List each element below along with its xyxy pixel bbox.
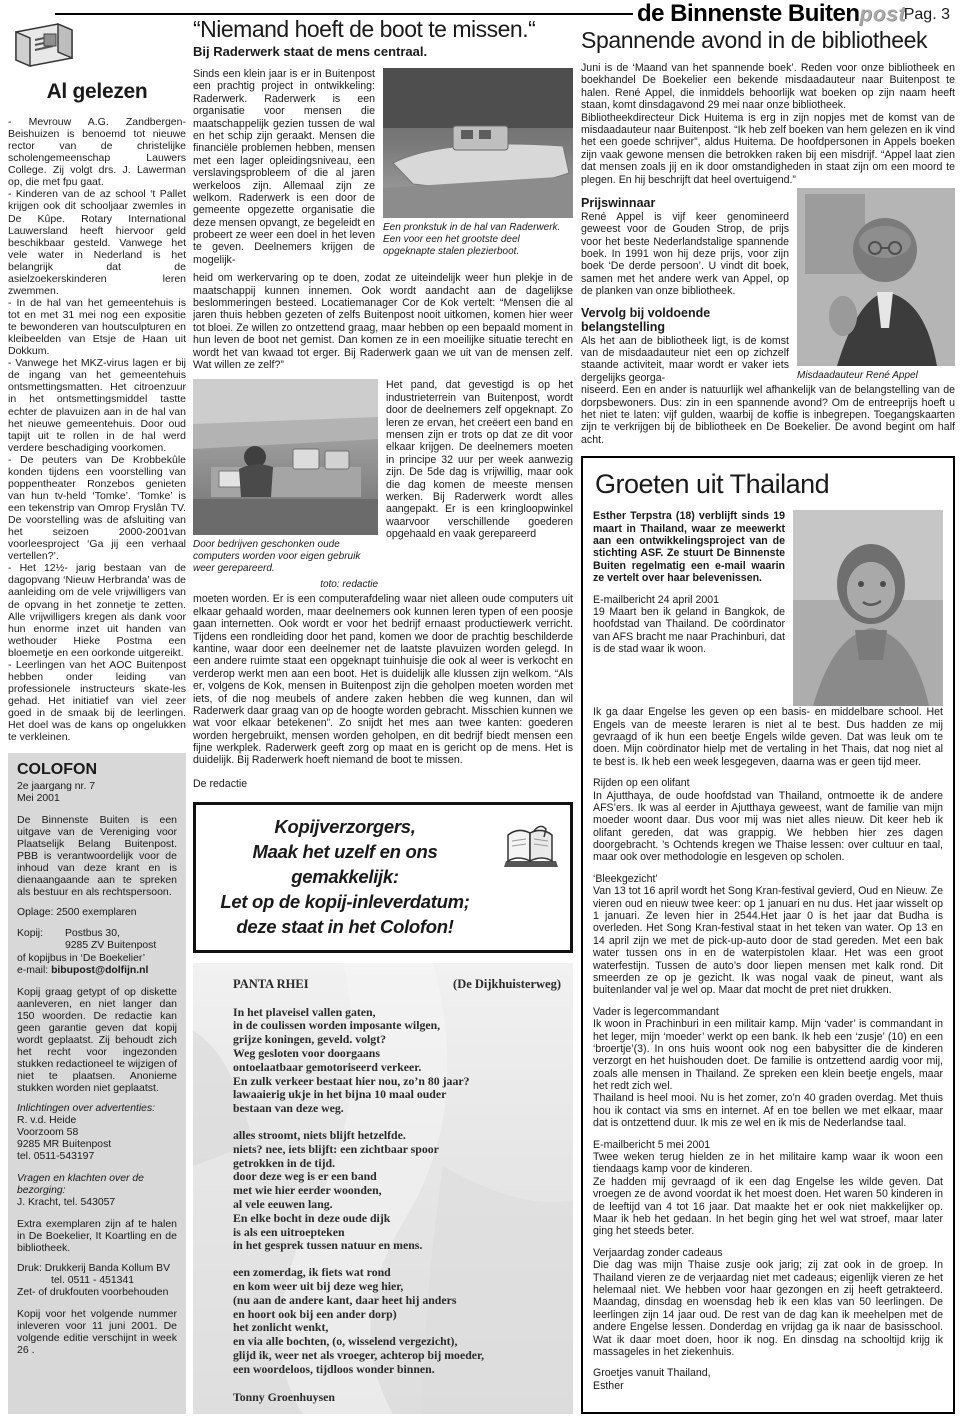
colofon-title: COLOFON [17,761,177,780]
computers-photo [193,379,378,535]
thailand-paragraph: Ze hadden mij gevraagd of ik een dag Eng… [593,1176,943,1238]
boat-figure: Een pronkstuk in de hal van Raderwerk. E… [383,68,573,266]
colofon-email-label: e-mail: [17,965,51,976]
kopij-box-line: deze staat in het Colofon! [200,915,562,940]
poem-line: In het plaveisel vallen gaten, [233,1006,561,1020]
poem-line: en hoort ook bij een ander dorp) [233,1308,561,1322]
thailand-mail-label: E-mailbericht 24 april 2001 [593,594,785,606]
book-icon [500,821,562,879]
thailand-paragraph: Ik ga daar Engelse les geven op een basi… [593,706,943,768]
poem-line: door deze weg is er een band [233,1170,561,1184]
thailand-signoff: Groetjes vanuit Thailand, [593,1367,943,1379]
middle-column: “Niemand hoeft de boot te missen.“ Bij R… [193,16,573,1414]
thailand-signoff: Esther [593,1380,943,1392]
colofon-adv-heading: Inlichtingen over advertenties: [17,1103,177,1115]
thailand-mail-label: E-mailbericht 5 mei 2001 [593,1139,943,1151]
page-number: Pag. 3 [904,6,950,24]
poem-author: Tonny Groenhuysen [233,1390,561,1405]
kopij-reminder-box: Kopijverzorgers, Maak het uzelf en ons g… [193,802,573,953]
colofon-bezorging-heading: Vragen en klachten over de bezorging: [17,1173,177,1197]
newspaper-page: de Binnenste Buitenpost Pag. 3 Al geleze… [0,0,960,1420]
colofon-kopij-address: Postbus 30, [65,928,120,940]
thailand-paragraph: 19 Maart ben ik geland in Bangkok, de ho… [593,606,785,656]
thailand-paragraph: Van 13 tot 16 april wordt het Song Kran-… [593,885,943,997]
colofon-adv-line: 9285 MR Buitenpost [17,1139,177,1151]
colofon-druk-line: Druk: Drukkerij Banda Kollum BV [17,1263,177,1275]
colofon-druk-line: Zet- of drukfouten voorbehouden [17,1287,177,1299]
poem-line: met wie hier eerder woonden, [233,1184,561,1198]
thailand-title: Groeten uit Thailand [595,469,943,500]
esther-photo [793,510,943,706]
bibliotheek-paragraph: Juni is de ‘Maand van het spannende boek… [581,62,955,112]
poem-line: lawaaierig ukje in het bijna 10 maal oud… [233,1088,561,1102]
esther-silhouette [793,510,943,706]
top-rule [55,13,633,15]
raderwerk-headline: “Niemand hoeft de boot te missen.“ [193,16,573,43]
boat-silhouette [383,68,573,218]
masthead: de Binnenste Buitenpost [637,0,906,28]
colofon-month: Mei 2001 [17,793,177,805]
poem-line: bestaan van deze weg. [233,1102,561,1116]
raderwerk-subhead: Bij Raderwerk staat de mens centraal. [193,44,573,59]
poem-line: al vele eeuwen lang. [233,1198,561,1212]
photo-credit: toto: redactie [193,579,378,591]
thailand-subhead: Vader is legercommandant [593,1006,943,1018]
poem-line: in het gesprek tussen natuur en mens. [233,1239,561,1253]
al-gelezen-item: - Vanwege het MKZ-virus lagen er bij de … [8,357,186,454]
bibliotheek-headline: Spannende avond in de bibliotheek [581,27,955,54]
bibliotheek-paragraph: niseerd. Een en ander is natuurlijk wel … [581,384,955,446]
prijswinnaar-subhead: Prijswinnaar [581,196,789,210]
rene-appel-caption: Misdaadauteur René Appel [797,370,955,382]
poem-line: een woordeloos, tijdloos wonder binnen. [233,1363,561,1377]
boat-photo [383,68,573,218]
colofon-paragraph: Kopij graag getypt of op diskette aanlev… [17,986,177,1095]
kopij-box-line: Let op de kopij-inleverdatum; [200,890,562,915]
al-gelezen-item: - Kinderen van de az school ‘t Pallet kr… [8,188,186,297]
thailand-box: Groeten uit Thailand Esther Terpstra (18… [581,456,955,1414]
poem-line: grijze koningen, geveld. volgt? [233,1033,561,1047]
colofon-kopij-label: Kopij: [17,928,65,940]
thailand-paragraph: Twee weken terug hielden ze in het milit… [593,1151,943,1176]
thailand-paragraph: Ik woon in Prachinburi in een militair k… [593,1018,943,1092]
thailand-subhead: ‘Bleekgezicht’ [593,873,943,885]
al-gelezen-item: - Mevrouw A.G. Zandbergen-Beishuizen is … [8,116,186,188]
poem-section: PANTA RHEI (De Dijkhuisterweg) In het pl… [193,963,573,1414]
computers-figure: Door bedrijven geschonken oude computers… [193,379,378,591]
raderwerk-paragraph: Sinds een klein jaar is er in Buitenpost… [193,68,375,266]
computers-caption: Door bedrijven geschonken oude computers… [193,539,378,575]
al-gelezen-item: - Leerlingen van het AOC Buitenpost hebb… [8,659,186,743]
vervolg-subhead: Vervolg bij voldoende belangstelling [581,306,789,334]
poem-line: getrokken in de tijd. [233,1157,561,1171]
poem-line: niets? nee, iets blijft: een zichtbaar s… [233,1143,561,1157]
raderwerk-signoff: De redactie [193,778,573,790]
bibliotheek-paragraph: René Appel is vijf keer genomineerd gewe… [581,211,789,298]
poem-line: is als een uitroepteken [233,1226,561,1240]
newspaper-icon [8,18,80,70]
raderwerk-paragraph: moeten worden. Er is een computerafdelin… [193,593,573,766]
colofon-kopij-address: 9285 ZV Buitenpost [17,940,177,952]
newspaper-logo [8,18,186,70]
poem-line: alles stroomt, niets blijft hetzelfde. [233,1129,561,1143]
al-gelezen-item: - In de hal van het gemeentehuis is tot … [8,297,186,357]
thailand-intro: Esther Terpstra (18) verblijft sinds 19 … [593,510,785,584]
poem-line: ontoelaatbaar gemotoriseerd verkeer. [233,1061,561,1075]
colofon-volume: 2e jaargang nr. 7 [17,781,177,793]
poem-line: (nu aan de andere kant, daar heet hij an… [233,1294,561,1308]
colofon-bezorging: J. Kracht, tel. 543057 [17,1197,177,1209]
colofon-paragraph: Kopij voor het volgende nummer inleveren… [17,1308,177,1356]
raderwerk-paragraph: Het pand, dat gevestigd is op het indust… [386,379,573,591]
bibliotheek-paragraph: Bibliotheekdirecteur Dick Huitema is erg… [581,112,955,186]
poem-line: glijd ik, weer net als vroeger, achterop… [233,1349,561,1363]
poem-location: (De Dijkhuisterweg) [453,977,561,992]
poem-line: in de coulissen worden imposante wilgen, [233,1019,561,1033]
thailand-paragraph: Die dag was mijn Thaise zusje ook jarig;… [593,1259,943,1358]
poem-line: en via alle bochten, (o, wisselend verge… [233,1335,561,1349]
poem-line: het zonlicht wenkt, [233,1321,561,1335]
colofon-oplage: Oplage: 2500 exemplaren [17,907,177,919]
colofon-extra: Extra exemplaren zijn af te halen in De … [17,1218,177,1254]
bibliotheek-paragraph: Als het aan de bibliotheek ligt, is de k… [581,335,789,385]
poem-line: een zomerdag, ik fiets wat rond [233,1266,561,1280]
left-column: Al gelezen - Mevrouw A.G. Zandbergen-Bei… [8,16,186,1414]
right-column: Spannende avond in de bibliotheek Juni i… [581,27,955,1414]
colofon-druk-line: tel. 0511 - 451341 [17,1275,177,1287]
colofon-box: COLOFON 2e jaargang nr. 7 Mei 2001 De Bi… [8,753,186,1414]
poem-line: En elke bocht in deze oude dijk [233,1212,561,1226]
boat-caption: Een pronkstuk in de hal van Raderwerk. E… [383,222,573,258]
poem-line: En zulk verkeer bestaat hier nou, zo’n 8… [233,1075,561,1089]
rene-appel-figure: Misdaadauteur René Appel [797,188,955,384]
thailand-paragraph: Thailand is heel mooi. Nu is het zomer, … [593,1092,943,1129]
colofon-email: bibupost@dolfijn.nl [51,965,148,976]
al-gelezen-title: Al gelezen [8,80,186,104]
thailand-paragraph: In Ajutthaya, de oude hoofdstad van Thai… [593,790,943,864]
colofon-paragraph: De Binnenste Buiten is een uitgave van d… [17,814,177,898]
computers-silhouette [193,379,378,535]
poem-line: Weg gesloten voor doorgaans [233,1047,561,1061]
colofon-adv-line: Voorzoom 58 [17,1127,177,1139]
rene-appel-photo [797,188,955,366]
al-gelezen-item: - De peuters van De Krobbekûle konden ti… [8,454,186,563]
colofon-adv-line: R. v.d. Heide [17,1115,177,1127]
thailand-subhead: Rijden op een olifant [593,777,943,789]
colofon-adv-line: tel. 0511-543197 [17,1151,177,1163]
poem-title: PANTA RHEI [233,977,309,992]
masthead-title: de Binnenste Buiten [637,0,860,27]
masthead-suffix: post [860,3,906,26]
raderwerk-paragraph: heid om werkervaring op te doen, zodat z… [193,272,573,371]
portrait-silhouette [797,188,955,366]
al-gelezen-item: - Het 12½- jarig bestaan van de dagopvan… [8,562,186,659]
thailand-subhead: Verjaardag zonder cadeaus [593,1247,943,1259]
poem-line: en kom weer uit bij deze weg hier, [233,1280,561,1294]
colofon-kopij-address: of kopijbus in ‘De Boekelier’ [17,953,177,965]
